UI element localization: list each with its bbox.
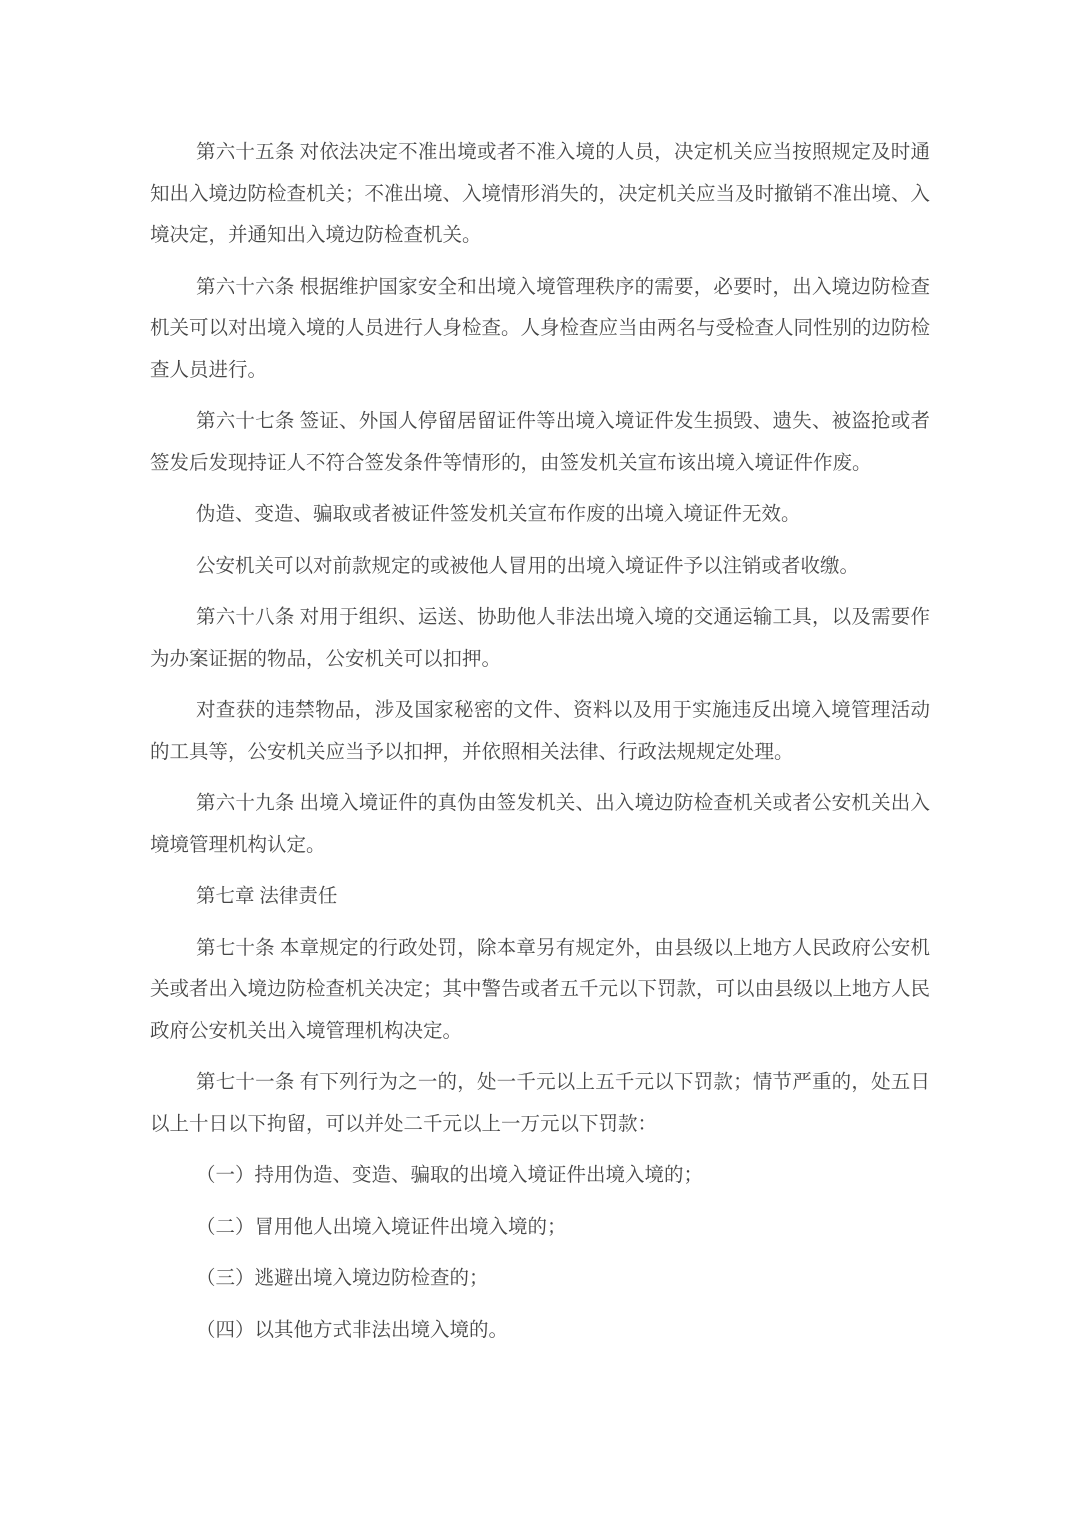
list-item-2: （二）冒用他人出境入境证件出境入境的； [150,1207,930,1249]
list-item-1: （一）持用伪造、变造、骗取的出境入境证件出境入境的； [150,1155,930,1197]
legal-document-page: 第六十五条 对依法决定不准出境或者不准入境的人员，决定机关应当按照规定及时通知出… [0,0,1074,1520]
paragraph-article-68: 第六十八条 对用于组织、运送、协助他人非法出境入境的交通运输工具，以及需要作为办… [150,597,930,680]
paragraph-forged-documents-invalid: 伪造、变造、骗取或者被证件签发机关宣布作废的出境入境证件无效。 [150,494,930,536]
paragraph-article-71: 第七十一条 有下列行为之一的，处一千元以上五千元以下罚款；情节严重的，处五日以上… [150,1062,930,1145]
paragraph-article-69: 第六十九条 出境入境证件的真伪由签发机关、出入境边防检查机关或者公安机关出入境境… [150,783,930,866]
paragraph-article-70: 第七十条 本章规定的行政处罚，除本章另有规定外，由县级以上地方人民政府公安机关或… [150,928,930,1053]
paragraph-article-66: 第六十六条 根据维护国家安全和出境入境管理秩序的需要，必要时，出入境边防检查机关… [150,267,930,392]
list-item-3: （三）逃避出境入境边防检查的； [150,1258,930,1300]
paragraph-cancellation-confiscation: 公安机关可以对前款规定的或被他人冒用的出境入境证件予以注销或者收缴。 [150,546,930,588]
paragraph-article-67: 第六十七条 签证、外国人停留居留证件等出境入境证件发生损毁、遗失、被盗抢或者签发… [150,401,930,484]
paragraph-seized-prohibited-items: 对查获的违禁物品，涉及国家秘密的文件、资料以及用于实施违反出境入境管理活动的工具… [150,690,930,773]
chapter-heading: 第七章 法律责任 [150,876,930,918]
list-item-4: （四）以其他方式非法出境入境的。 [150,1310,930,1352]
paragraph-article-65: 第六十五条 对依法决定不准出境或者不准入境的人员，决定机关应当按照规定及时通知出… [150,132,930,257]
